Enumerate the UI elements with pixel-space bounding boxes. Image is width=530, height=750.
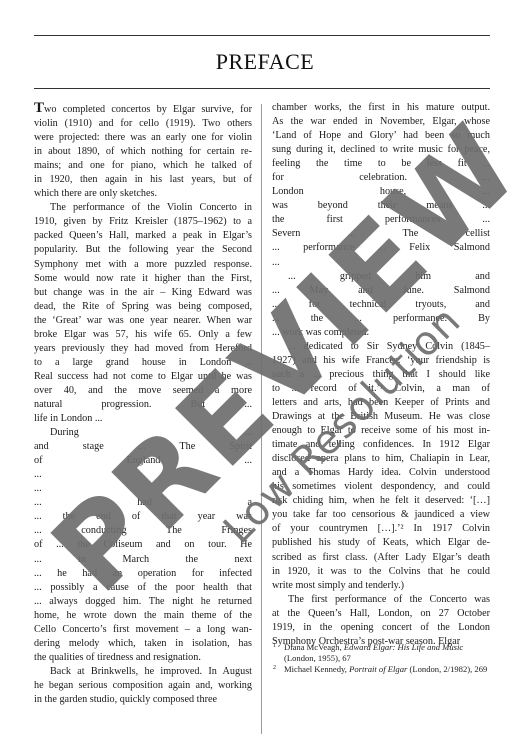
text-line: ... always dogged him. The night he retu… (34, 595, 252, 609)
paragraph: ... dedicated to Sir Sydney Colvin (1845… (272, 340, 490, 593)
text-line: dead, the Rite of Spring was being compo… (34, 300, 252, 314)
column-divider (261, 104, 262, 734)
text-line: he began serious composition again and, … (34, 679, 252, 693)
text-line: ‘Land of Hope and Glory’ had been so muc… (272, 129, 490, 143)
text-line: As the war ended in November, Elgar, who… (272, 115, 490, 129)
footnote-publication: (London, 2/1982), 269 (407, 664, 487, 674)
text-line: Back at Brinkwells, he improved. In Augu… (34, 665, 252, 679)
text-line: the ‘Great’ war was one year nearer. Whe… (34, 314, 252, 328)
text-line: 1910, given by Fritz Kreisler (1875–1962… (34, 215, 252, 229)
text-line: packed Queen’s Hall, marked a peak in El… (34, 229, 252, 243)
text-line: Cello Concerto’s first movement – a long… (34, 623, 252, 637)
text-line: Drawings at the British Museum. He was c… (272, 410, 490, 424)
text-line: in 1920, then again in his last years, b… (34, 173, 252, 187)
text-line: the first performances ... (272, 213, 490, 227)
text-line: Real success had not come to Elgar until… (34, 370, 252, 384)
paragraph: chamber works, the first in his mature o… (272, 101, 490, 270)
text-line: but change was in the air – King Edward … (34, 286, 252, 300)
text-line: timate and telling confidences. In 1912 … (272, 438, 490, 452)
paragraph: ... gripped him and... May and June. Sal… (272, 270, 490, 340)
text-line: ... for technical tryouts, and (272, 298, 490, 312)
drop-cap: T (34, 100, 44, 116)
text-line: ... he had an operation for infected (34, 567, 252, 581)
text-line: natural progression. But ... (34, 398, 252, 412)
paragraph: Back at Brinkwells, he improved. In Augu… (34, 665, 252, 707)
text-line: you take far too censorious & jaundiced … (272, 508, 490, 522)
text-line: in the garden studio, quickly composed t… (34, 693, 252, 707)
text-line: ... the end of that year was (34, 510, 252, 524)
right-column: chamber works, the first in his mature o… (272, 101, 490, 649)
text-line: in 1920, it was to the Colvins that he c… (272, 565, 490, 579)
text-line: 1919, in the opening concert of the Lond… (272, 621, 490, 635)
text-line: ... conducting The Fringes (34, 524, 252, 538)
text-line: in about 1890, of which nothing for cert… (34, 145, 252, 159)
text-line: feeling the time to be less fit ... (272, 157, 490, 171)
text-line: at the Queen’s Hall, London, on 27 Octob… (272, 607, 490, 621)
text-line: mains; and one for piano, which he talke… (34, 159, 252, 173)
text-line: ... dedicated to Sir Sydney Colvin (1845… (272, 340, 490, 354)
text-line-rest: wo completed concertos by Elgar survive,… (44, 104, 252, 115)
text-line: the qualities of tiredness and resignati… (34, 651, 252, 665)
paragraph: The first performance of the Concerto wa… (272, 593, 490, 649)
text-line: chamber works, the first in his mature o… (272, 101, 490, 115)
text-line: Two completed concertos by Elgar survive… (34, 101, 252, 117)
footnote-publication: (London, 1955), 67 (284, 653, 351, 663)
text-line: write most simply and tenderly.) (272, 579, 490, 593)
text-line: letters and arts, had been Keeper of Pri… (272, 396, 490, 410)
text-line: such a ... precious thing that I should … (272, 368, 490, 382)
text-line: broke Elgar was 57, his wife 65. Only a … (34, 328, 252, 342)
text-line: During ... (34, 426, 252, 440)
text-line: popularity. But the following year the S… (34, 243, 252, 257)
text-line: published his study of Keats, which Elga… (272, 536, 490, 550)
text-line: dering melody which, taken in isolation,… (34, 637, 252, 651)
document-page: PREFACE Two completed concertos by Elgar… (0, 0, 530, 750)
text-line: ... (272, 256, 490, 270)
footnote-title: Edward Elgar: His Life and Music (344, 642, 463, 652)
text-line: ... possibly a cause of the poor health … (34, 581, 252, 595)
text-line: scribed as first class. (After Lady Elga… (272, 551, 490, 565)
text-line: 1927) and his wife Frances: ‘your friend… (272, 354, 490, 368)
page-title: PREFACE (0, 49, 530, 75)
footnote-author: Diana McVeagh, (284, 642, 344, 652)
paragraph: During ...and stage ... The Spiritof Eng… (34, 426, 252, 665)
footnote-author: Michael Kennedy, (284, 664, 349, 674)
title-rule-bottom (34, 88, 490, 89)
text-line: to ... record of it.’¹ Colvin, a man of (272, 382, 490, 396)
text-line: of England ... (34, 454, 252, 468)
footnote-1: 1 Diana McVeagh, Edward Elgar: His Life … (272, 642, 490, 664)
text-line: and stage ... The Spirit (34, 440, 252, 454)
footnote-number: 1 (273, 641, 276, 652)
text-line: sung during it, declined to write music … (272, 143, 490, 157)
text-line: Severn ... The cellist (272, 227, 490, 241)
text-line: life in London ... (34, 412, 252, 426)
text-line: risk chiding him, when he felt it deserv… (272, 494, 490, 508)
text-line: The first performance of the Concerto wa… (272, 593, 490, 607)
text-line: violin (1910) and for cello (1919). Two … (34, 117, 252, 131)
text-line: ... gripped him and (272, 270, 490, 284)
text-line: years previously they had moved from Her… (34, 342, 252, 356)
text-line: Some would now rate it higher than the F… (34, 272, 252, 286)
title-rule-top (34, 35, 490, 36)
paragraph: Two completed concertos by Elgar survive… (34, 101, 252, 201)
text-line: The performance of the Violin Concerto i… (34, 201, 252, 215)
text-line: over 40, and the move seemed a more (34, 384, 252, 398)
paragraph: The performance of the Violin Concerto i… (34, 201, 252, 426)
text-line: ... work was completed. (272, 326, 490, 340)
footnote-2: 2 Michael Kennedy, Portrait of Elgar (Lo… (272, 664, 490, 675)
left-column: Two completed concertos by Elgar survive… (34, 101, 252, 707)
text-line: ... May and June. Salmond (272, 284, 490, 298)
text-line: ... (34, 482, 252, 496)
text-line: of your countrymen […].’² In 1917 Colvin (272, 522, 490, 536)
text-line: ... (34, 468, 252, 482)
text-line: London house, ... (272, 185, 490, 199)
footnotes: 1 Diana McVeagh, Edward Elgar: His Life … (272, 642, 490, 675)
text-line: were projected: there was an early one f… (34, 131, 252, 145)
text-line: enough to Elgar to receive some of his m… (272, 424, 490, 438)
text-line: home, he wrote down the main theme of th… (34, 609, 252, 623)
text-line: for celebration. ... (272, 171, 490, 185)
text-line: disclosed opera plans to him, Chaliapin … (272, 452, 490, 466)
footnote-title: Portrait of Elgar (349, 664, 407, 674)
text-line: ... performance ... Felix Salmond (272, 241, 490, 255)
text-line: was beyond their means ... (272, 199, 490, 213)
text-line: his sometimes violent despondency, and c… (272, 480, 490, 494)
text-line: ... had a (34, 496, 252, 510)
text-line: Symphony met with a more puzzled respons… (34, 258, 252, 272)
text-line: of ... the Coliseum and on tour. He (34, 538, 252, 552)
text-line: to a large grand house in London ... (34, 356, 252, 370)
text-line: and a Thomas Hardy idea. Colvin understo… (272, 466, 490, 480)
text-line: ... the ... performance. By (272, 312, 490, 326)
footnote-number: 2 (273, 663, 276, 674)
text-line: which there are only sketches. (34, 187, 252, 201)
text-line: ... in March the next (34, 553, 252, 567)
